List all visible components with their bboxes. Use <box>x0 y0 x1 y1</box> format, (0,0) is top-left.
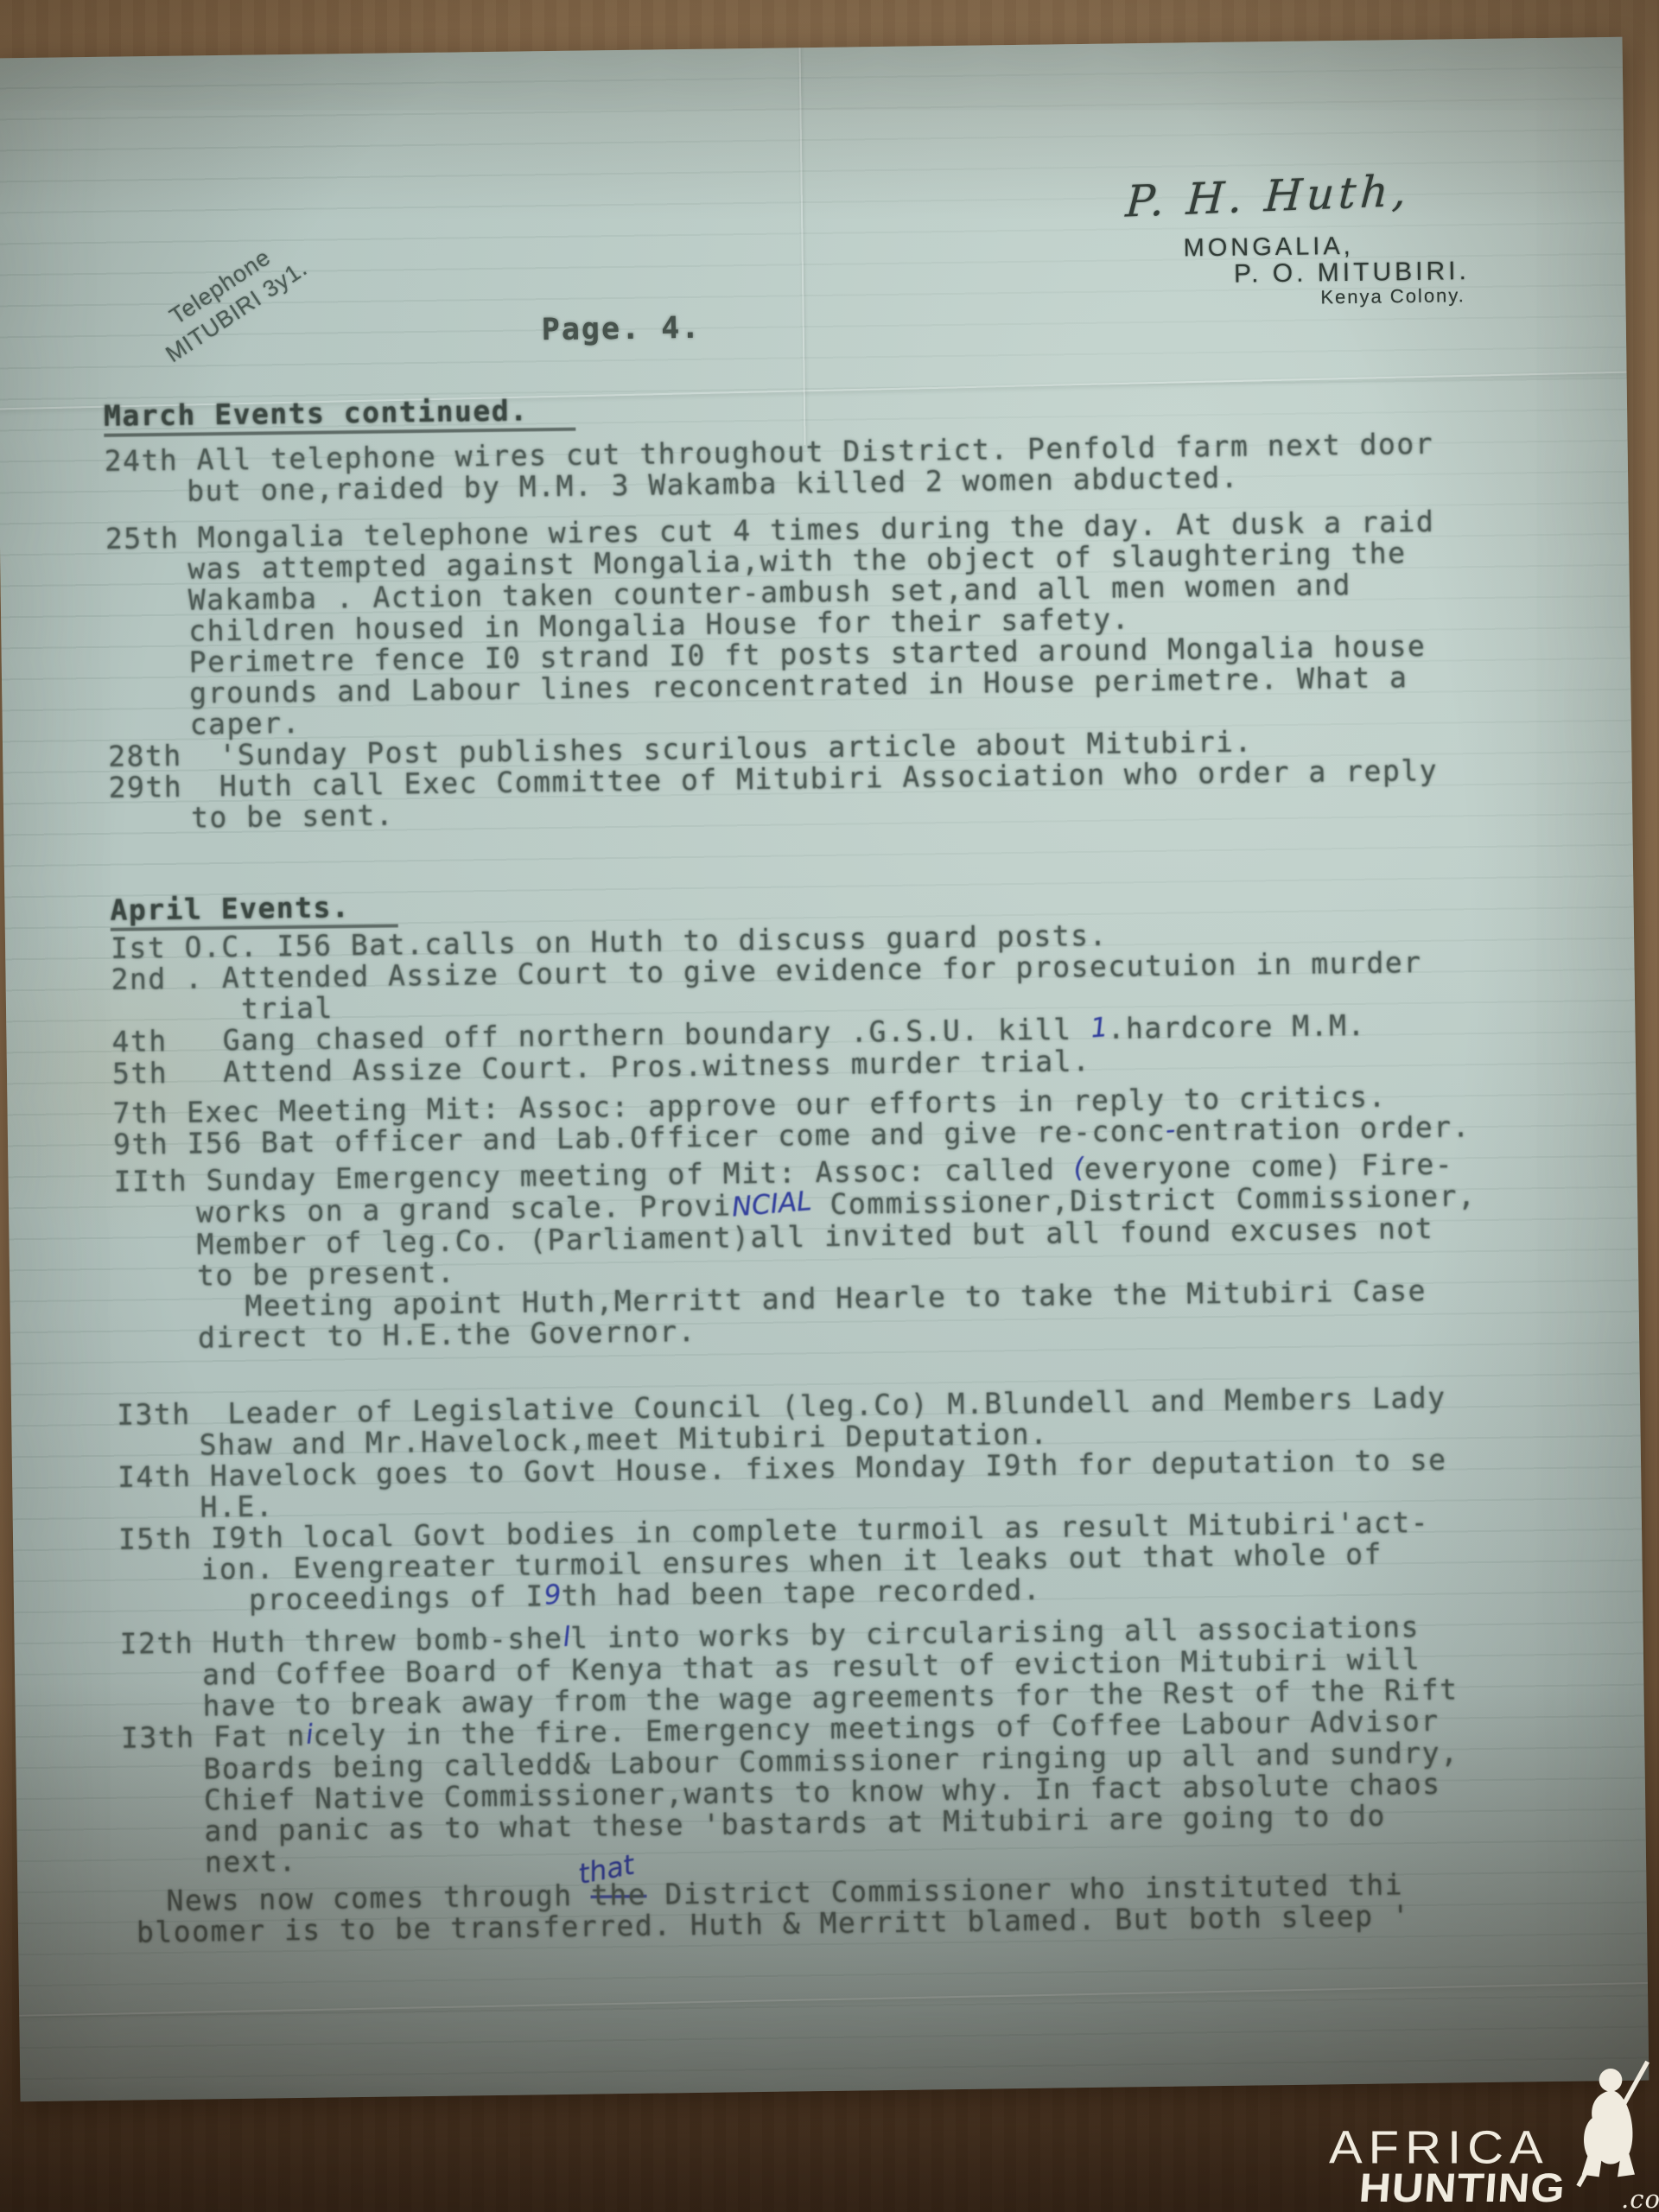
photograph-of-document: Telephone MITUBIRI 3y1. P. H. Huth, MONG… <box>0 0 1659 2212</box>
typed-text: to be sent. <box>191 798 395 834</box>
typed-text: H.E. <box>200 1489 274 1523</box>
crouching-hunter-with-rifle-icon <box>1569 2055 1652 2193</box>
typed-text: I3th Fat n <box>121 1719 306 1755</box>
handwritten-ink: 9 <box>543 1579 563 1611</box>
typed-text: proceedings of I <box>249 1579 544 1616</box>
letterhead-name: P. H. Huth, <box>1124 166 1412 227</box>
telephone-stamp: Telephone MITUBIRI 3y1. <box>105 202 353 395</box>
typed-text: trial <box>241 990 334 1025</box>
typed-body: March Events continued.24th All telephon… <box>104 382 1592 1948</box>
typed-text: th had been tape recorded. <box>561 1573 1041 1612</box>
typed-text: entration order. <box>1175 1109 1471 1147</box>
typed-text: caper. <box>189 706 301 741</box>
handwritten-ink: 1 <box>1089 1012 1109 1045</box>
paper-crease <box>19 1982 1648 2017</box>
section-heading-text: March Events continued. <box>104 395 576 437</box>
page-number-label: Page. 4. <box>542 311 702 347</box>
typed-text: direct to H.E.the Governor. <box>198 1314 696 1355</box>
letterhead-address-line3: Kenya Colony. <box>1320 284 1465 308</box>
typed-text: next. <box>205 1844 297 1878</box>
watermark-word-hunting: HUNTING <box>1357 2164 1567 2211</box>
paper-fold-line <box>799 48 806 445</box>
section-heading-text: April Events. <box>110 891 397 931</box>
letter-page: Telephone MITUBIRI 3y1. P. H. Huth, MONG… <box>0 37 1649 2101</box>
handwritten-ink: NCIAL <box>730 1185 812 1224</box>
site-watermark: AFRICA HUNTING .com <box>1294 2067 1657 2212</box>
struck-word: thethat <box>591 1879 647 1911</box>
stamp-line1: Telephone <box>105 202 336 371</box>
typed-text: .hardcore M.M. <box>1107 1008 1366 1046</box>
